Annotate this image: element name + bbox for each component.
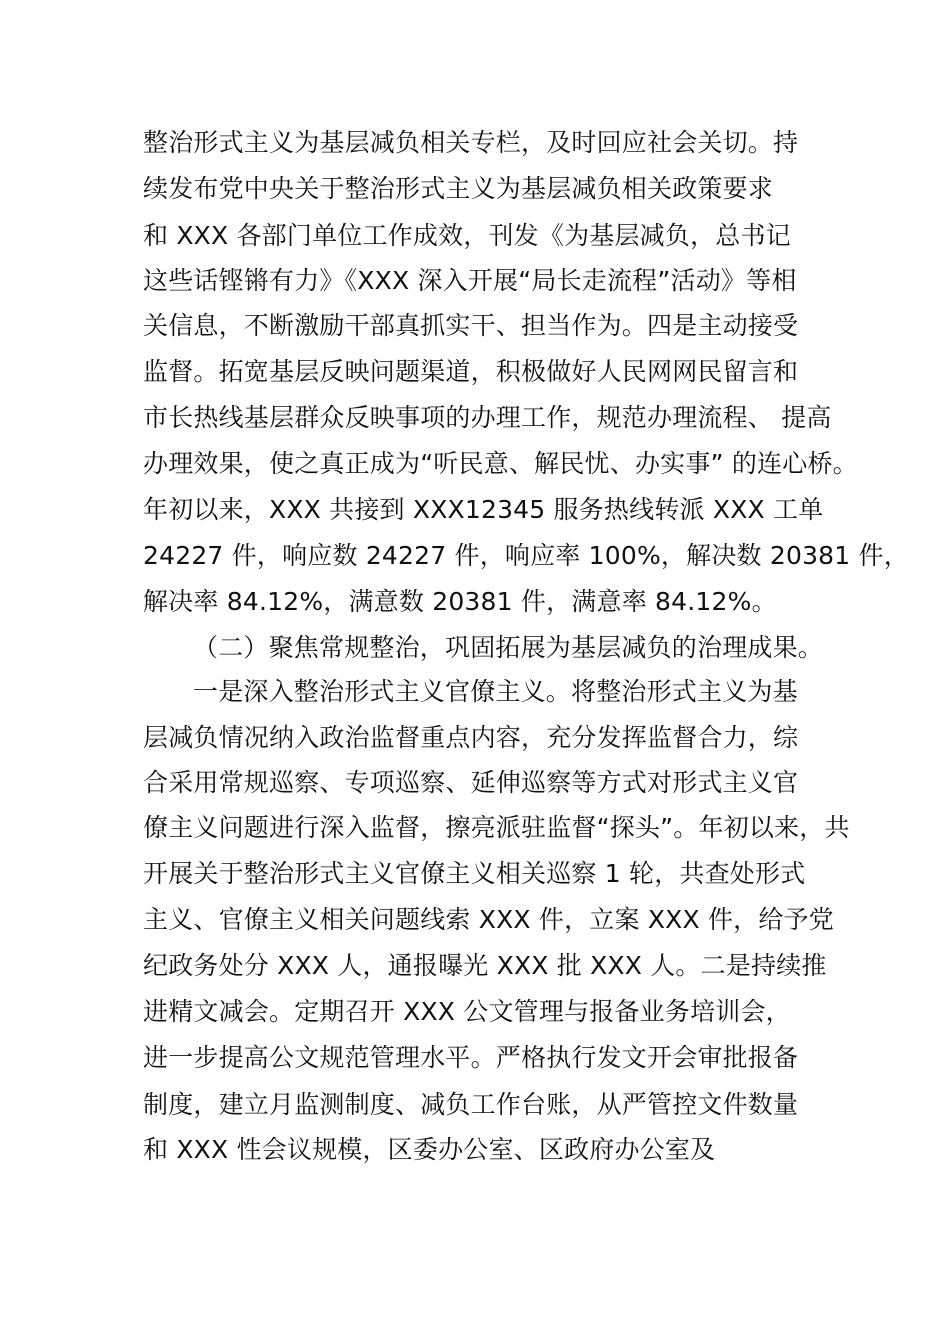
text-line: 监督。拓宽基层反映问题渠道，积极做好人民网网民留言和 bbox=[143, 357, 798, 387]
text-line: 僚主义问题进行深入监督，擦亮派驻监督“探头”。年初以来，共 bbox=[143, 813, 850, 843]
text-line: 和 XXX 各部门单位工作成效，刊发《为基层减负，总书记 bbox=[143, 221, 791, 251]
text-line: 进一步提高公文规范管理水平。严格执行发文开会审批报备 bbox=[143, 1043, 798, 1073]
text-line: 办理效果，使之真正成为“听民意、解民忧、办实事” 的连心桥。 bbox=[143, 449, 858, 479]
text-line: 市长热线基层群众反映事项的办理工作，规范办理流程、 提高 bbox=[143, 403, 832, 433]
text-line: 这些话铿锵有力》《XXX 深入开展“局长走流程”活动》等相 bbox=[143, 266, 797, 296]
paragraph-start-line: 一是深入整治形式主义官僚主义。将整治形式主义为基 bbox=[193, 677, 798, 707]
document-page: 整治形式主义为基层减负相关专栏，及时回应社会关切。持 续发布党中央关于整治形式主… bbox=[0, 0, 950, 1344]
text-line: 续发布党中央关于整治形式主义为基层减负相关政策要求 bbox=[143, 174, 773, 204]
text-line: 整治形式主义为基层减负相关专栏，及时回应社会关切。持 bbox=[143, 128, 798, 158]
text-line: 进精文减会。定期召开 XXX 公文管理与报备业务培训会， bbox=[143, 997, 791, 1027]
text-line: 制度，建立月监测制度、减负工作台账，从严管控文件数量 bbox=[143, 1090, 798, 1120]
text-line: 和 XXX 性会议规模，区委办公室、区政府办公室及 bbox=[143, 1135, 715, 1165]
text-line: 关信息，不断激励干部真抓实干、担当作为。四是主动接受 bbox=[143, 311, 798, 341]
text-line: 合采用常规巡察、专项巡察、延伸巡察等方式对形式主义官 bbox=[143, 768, 798, 798]
section-heading: （二）聚焦常规整治，巩固拓展为基层减负的治理成果。 bbox=[193, 633, 823, 663]
text-line: 纪政务处分 XXX 人，通报曝光 XXX 批 XXX 人。二是持续推 bbox=[143, 951, 827, 981]
text-line: 24227 件，响应数 24227 件，响应率 100%，解决数 20381 件… bbox=[143, 541, 909, 571]
text-line: 年初以来，XXX 共接到 XXX12345 服务热线转派 XXX 工单 bbox=[143, 495, 823, 525]
text-line: 层减负情况纳入政治监督重点内容，充分发挥监督合力，综 bbox=[143, 723, 798, 753]
text-line: 解决率 84.12%，满意数 20381 件，满意率 84.12%。 bbox=[143, 587, 777, 617]
text-line: 开展关于整治形式主义官僚主义相关巡察 1 轮，共查处形式 bbox=[143, 859, 805, 889]
text-line: 主义、官僚主义相关问题线索 XXX 件，立案 XXX 件，给予党 bbox=[143, 905, 834, 935]
